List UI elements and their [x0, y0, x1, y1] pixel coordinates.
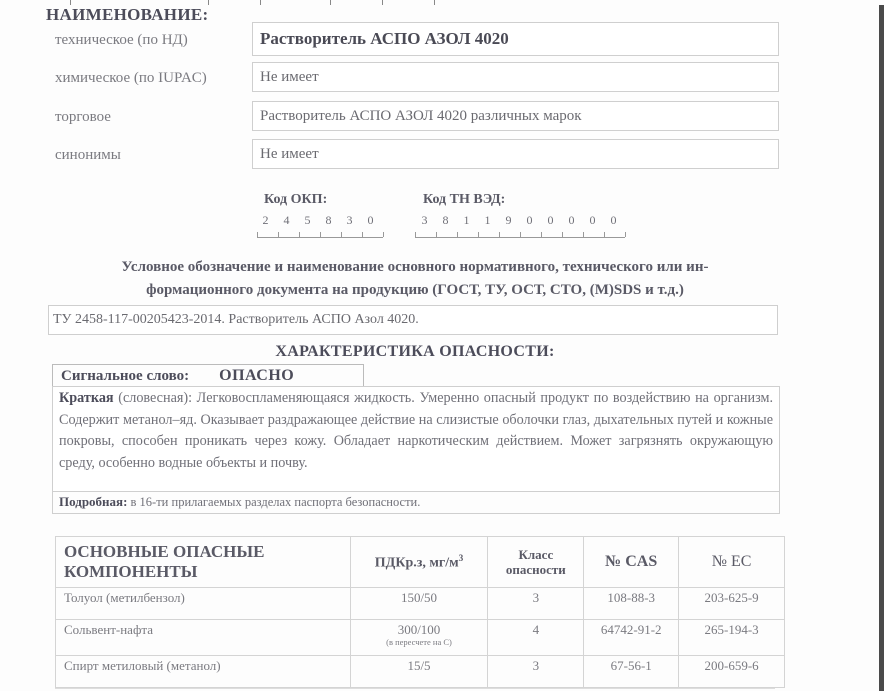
header-components: ОСНОВНЫЕ ОПАСНЫЕ КОМПОНЕНТЫ: [56, 537, 351, 588]
header-class-line2: опасности: [489, 562, 582, 577]
pdk-value: 150/50: [401, 590, 437, 605]
page-bottom-line: [55, 688, 775, 689]
brief-label: Краткая: [59, 390, 114, 406]
detailed-description: Подробная: в 16-ти прилагаемых разделах …: [52, 492, 780, 514]
detail-text: в 16-ти прилагаемых разделах паспорта бе…: [127, 495, 420, 509]
normative-title-line1: Условное обозначение и наименование осно…: [50, 256, 780, 279]
signal-word-label: Сигнальное слово:: [61, 368, 189, 384]
code-digit: 5: [297, 213, 318, 228]
header-pdk-sup: 3: [459, 553, 464, 563]
okp-code-title: Код ОКП:: [264, 192, 327, 208]
component-pdk: 150/50: [350, 588, 488, 620]
component-cas: 108-88-3: [584, 588, 679, 620]
name-label: техническое (по НД): [55, 32, 188, 49]
name-label: торговое: [55, 109, 111, 126]
component-name: Сольвент-нафта: [56, 620, 351, 656]
name-value-synonyms: Не имеет: [252, 139, 779, 169]
component-cas: 67-56-1: [584, 656, 679, 688]
header-cas: № CAS: [584, 537, 679, 588]
component-ec: 203-625-9: [679, 588, 785, 620]
brief-description: Краткая (словесная): Легковоспламеняющая…: [52, 386, 780, 492]
pdk-value: 300/100: [398, 622, 441, 637]
component-ec: 200-659-6: [679, 656, 785, 688]
naming-heading: НАИМЕНОВАНИЕ:: [46, 5, 208, 25]
code-digit: 2: [255, 213, 276, 228]
code-digit: 8: [435, 213, 456, 228]
hazard-heading: ХАРАКТЕРИСТИКА ОПАСНОСТИ:: [0, 343, 830, 361]
tnved-code-title: Код ТН ВЭД:: [423, 192, 505, 208]
code-digit: 9: [498, 213, 519, 228]
tnved-code-underline: [415, 232, 625, 238]
component-class: 3: [488, 588, 584, 620]
name-label: синонимы: [55, 147, 121, 164]
signal-word-value: ОПАСНО: [219, 367, 294, 384]
code-digit: 3: [339, 213, 360, 228]
pdk-note: (в пересчете на С): [352, 638, 487, 647]
code-digit: 1: [456, 213, 477, 228]
code-digit: 0: [561, 213, 582, 228]
header-components-line1: ОСНОВНЫЕ ОПАСНЫЕ: [64, 542, 349, 562]
normative-doc-value: ТУ 2458-117-00205423-2014. Растворитель …: [48, 305, 778, 335]
okp-code-digits: 245830: [255, 213, 381, 228]
tnved-code-digits: 3811900000: [414, 213, 624, 228]
normative-doc-title: Условное обозначение и наименование осно…: [50, 256, 780, 302]
component-ec: 265-194-3: [679, 620, 785, 656]
table-row: Сольвент-нафта300/100(в пересчете на С)4…: [56, 620, 785, 656]
code-digit: 0: [360, 213, 381, 228]
code-digit: 4: [276, 213, 297, 228]
signal-word-box: Сигнальное слово:ОПАСНО: [52, 364, 364, 387]
name-label: химическое (по IUPAC): [55, 70, 207, 87]
name-value-trade: Растворитель АСПО АЗОЛ 4020 различных ма…: [252, 101, 779, 131]
name-value-chemical: Не имеет: [252, 62, 779, 92]
header-pdk-text: ПДКр.з, мг/м: [375, 555, 459, 570]
code-digit: 0: [519, 213, 540, 228]
pdk-value: 15/5: [407, 658, 430, 673]
header-class-line1: Класс: [489, 547, 582, 562]
component-name: Спирт метиловый (метанол): [56, 656, 351, 688]
normative-title-line2: формационного документа на продукцию (ГО…: [50, 279, 780, 302]
header-pdk: ПДКр.з, мг/м3: [350, 537, 488, 588]
detail-label: Подробная:: [59, 494, 127, 509]
component-pdk: 300/100(в пересчете на С): [350, 620, 488, 656]
table-header-row: ОСНОВНЫЕ ОПАСНЫЕ КОМПОНЕНТЫ ПДКр.з, мг/м…: [56, 537, 785, 588]
code-digit: 0: [582, 213, 603, 228]
code-digit: 3: [414, 213, 435, 228]
table-row: Толуол (метилбензол)150/503108-88-3203-6…: [56, 588, 785, 620]
header-components-line2: КОМПОНЕНТЫ: [64, 562, 349, 582]
code-digit: 8: [318, 213, 339, 228]
component-cas: 64742-91-2: [584, 620, 679, 656]
component-pdk: 15/5: [350, 656, 488, 688]
vertical-scrollbar[interactable]: [879, 5, 884, 691]
header-class: Класс опасности: [488, 537, 584, 588]
header-ec: № ЕС: [679, 537, 785, 588]
code-digit: 1: [477, 213, 498, 228]
hazardous-components-table: ОСНОВНЫЕ ОПАСНЫЕ КОМПОНЕНТЫ ПДКр.з, мг/м…: [55, 536, 785, 688]
code-digit: 0: [540, 213, 561, 228]
table-row: Спирт метиловый (метанол)15/5367-56-1200…: [56, 656, 785, 688]
code-digit: 0: [603, 213, 624, 228]
component-class: 3: [488, 656, 584, 688]
component-class: 4: [488, 620, 584, 656]
okp-code-underline: [257, 232, 383, 238]
component-name: Толуол (метилбензол): [56, 588, 351, 620]
brief-text: (словесная): Легковоспламеняющаяся жидко…: [59, 390, 773, 471]
name-value-technical: Растворитель АСПО АЗОЛ 4020: [252, 22, 779, 56]
